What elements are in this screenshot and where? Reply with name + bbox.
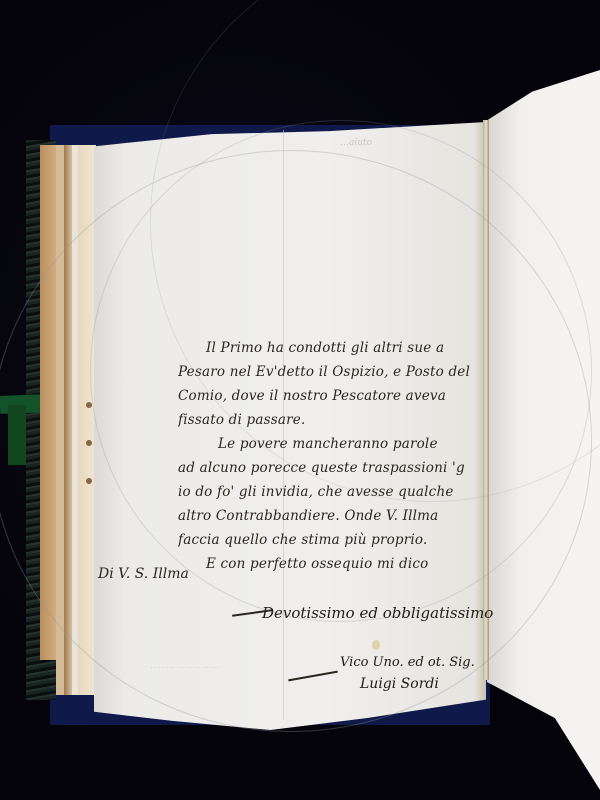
faint-header-note: …aiuto <box>340 138 372 148</box>
letter-line: fissato di passare. <box>178 408 490 432</box>
letter-line: io do fo' gli invidia, che avesse qualch… <box>178 480 490 504</box>
bleed-through-text: ……… ……… …… <box>150 660 300 672</box>
letter-line: Il Primo ha condotti gli altri sue a <box>178 336 490 360</box>
letter-line: E con perfetto ossequio mi dico <box>178 552 490 576</box>
signature-name: Luigi Sordi <box>360 676 439 692</box>
letter-line: Le povere mancheranno parole <box>178 432 490 456</box>
letter-line: Comio, dove il nostro Pescatore aveva <box>178 384 490 408</box>
page-edge <box>78 145 96 695</box>
foxing-stain <box>86 402 92 408</box>
paper-stain <box>372 640 380 650</box>
foxing-stain <box>86 478 92 484</box>
right-page <box>487 70 600 790</box>
salutation: Di V. S. Illma <box>98 566 189 582</box>
letter-line: ad alcuno porecce queste traspassioni 'g <box>178 456 490 480</box>
letter-line: Pesaro nel Ev'detto il Ospizio, e Posto … <box>178 360 490 384</box>
letter-line: faccia quello che stima più proprio. <box>178 528 490 552</box>
bookmark-ribbon-tail <box>8 405 26 465</box>
signature-title: Vico Uno. ed ot. Sig. <box>340 655 475 670</box>
letter-body: Il Primo ha condotti gli altri sue a Pes… <box>178 336 490 576</box>
letter-line: altro Contrabbandiere. Onde V. Illma <box>178 504 490 528</box>
foxing-stain <box>86 440 92 446</box>
closing-phrase: Devotissimo ed obbligatissimo <box>262 604 493 622</box>
